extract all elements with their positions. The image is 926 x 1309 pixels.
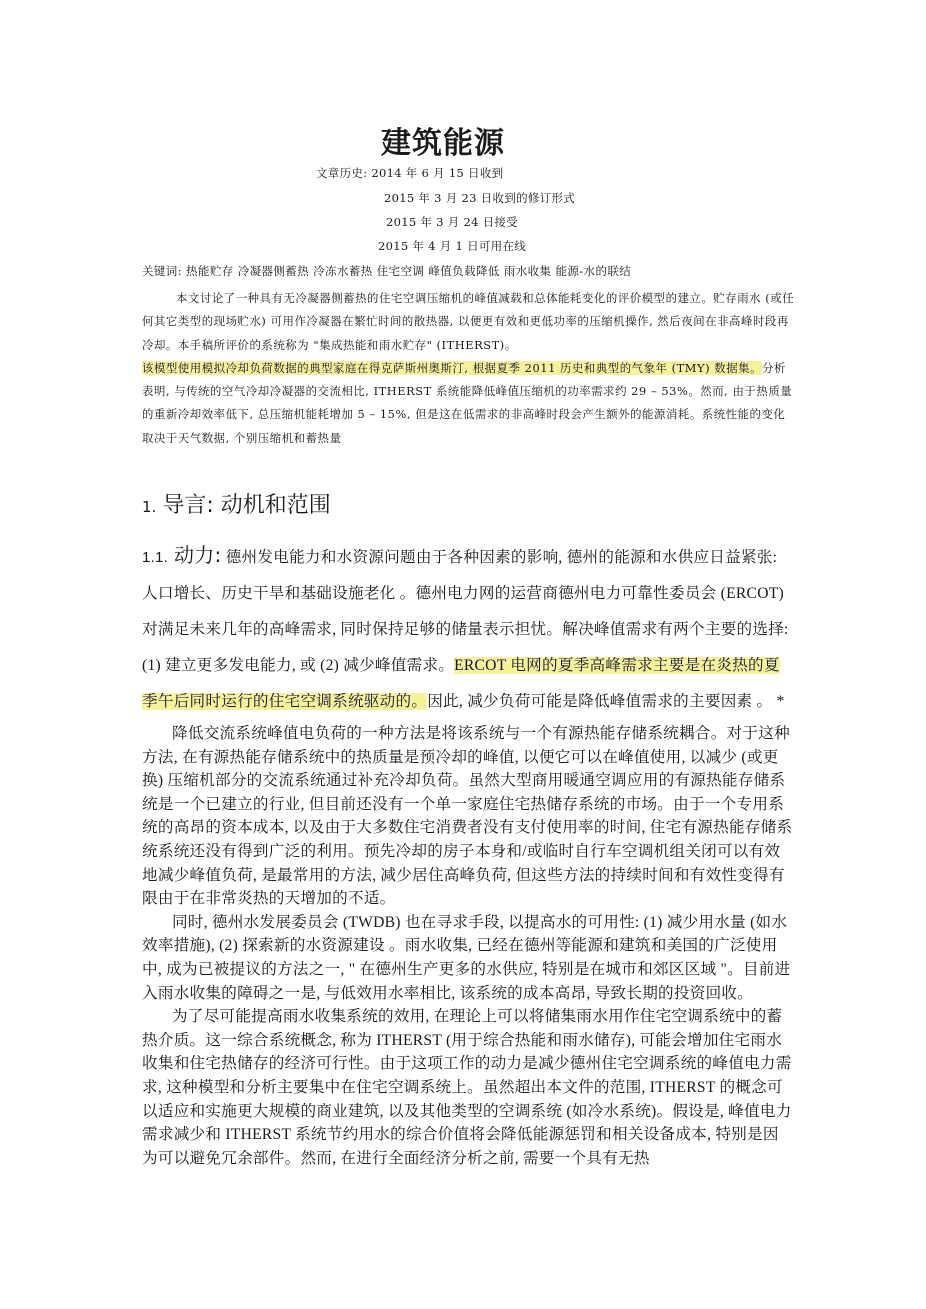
received-date: 2014 年 6 月 15 日收到 <box>371 166 503 180</box>
subsection-title: 动力: <box>174 543 222 567</box>
section-1-1-paragraph-3: 同时, 德州水发展委员会 (TWDB) 也在寻求手段, 以提高水的可用性: (1… <box>142 911 794 1005</box>
accepted-date: 2015 年 3 月 24 日接受 <box>386 214 518 230</box>
abstract: 本文讨论了一种具有无冷凝器侧蓄热的住宅空调压缩机的峰值减载和总体能耗变化的评价模… <box>142 287 796 450</box>
abstract-paragraph-1: 本文讨论了一种具有无冷凝器侧蓄热的住宅空调压缩机的峰值减载和总体能耗变化的评价模… <box>142 287 796 357</box>
journal-title: 建筑能源 <box>381 118 505 162</box>
paragraph-1-start: 德州发电能力和水资源问题由于各种因素的影响, 德州的能源和水供应日益紧张: 人口… <box>142 549 789 674</box>
article-history-label: 文章历史: <box>316 166 367 180</box>
section-1-1-paragraph-4: 为了尽可能提高雨水收集系统的效用, 在理论上可以将储集雨水用作住宅空调系统中的蓄… <box>142 1005 794 1170</box>
section-1-1-body: 1.1.动力: 德州发电能力和水资源问题由于各种因素的影响, 德州的能源和水供应… <box>142 537 794 1170</box>
article-history-received: 文章历史: 2014 年 6 月 15 日收到 <box>316 165 503 181</box>
section-1-1-paragraph-1: 1.1.动力: 德州发电能力和水资源问题由于各种因素的影响, 德州的能源和水供应… <box>142 537 794 720</box>
revised-date: 2015 年 3 月 23 日收到的修订形式 <box>384 190 575 206</box>
keywords: 关键词: 热能贮存 冷凝器侧蓄热 冷冻水蓄热 住宅空调 峰值负载降低 雨水收集 … <box>142 263 631 279</box>
subsection-number: 1.1. <box>142 549 168 566</box>
keywords-text: 热能贮存 冷凝器侧蓄热 冷冻水蓄热 住宅空调 峰值负载降低 雨水收集 能源-水的… <box>186 264 631 278</box>
section-number: 1. <box>142 498 156 516</box>
keywords-label: 关键词: <box>142 264 182 278</box>
section-1-1-paragraph-2: 降低交流系统峰值电负荷的一种方法是将该系统与一个有源热能存储系统耦合。对于这种方… <box>142 722 794 911</box>
section-title: 导言: 动机和范围 <box>162 493 330 518</box>
document-page: 建筑能源 文章历史: 2014 年 6 月 15 日收到 2015 年 3 月 … <box>0 0 926 1309</box>
online-date: 2015 年 4 月 1 日可用在线 <box>378 238 526 254</box>
abstract-paragraph-2: 该模型使用模拟冷却负荷数据的典型家庭在得克萨斯州奥斯汀, 根据夏季 2011 历… <box>142 357 796 450</box>
paragraph-1-end: 因此, 减少负荷可能是降低峰值需求的主要因素 。 * <box>427 693 784 710</box>
highlighted-text: 该模型使用模拟冷却负荷数据的典型家庭在得克萨斯州奥斯汀, 根据夏季 2011 历… <box>142 361 762 375</box>
section-heading-1: 1.导言: 动机和范围 <box>142 488 331 519</box>
